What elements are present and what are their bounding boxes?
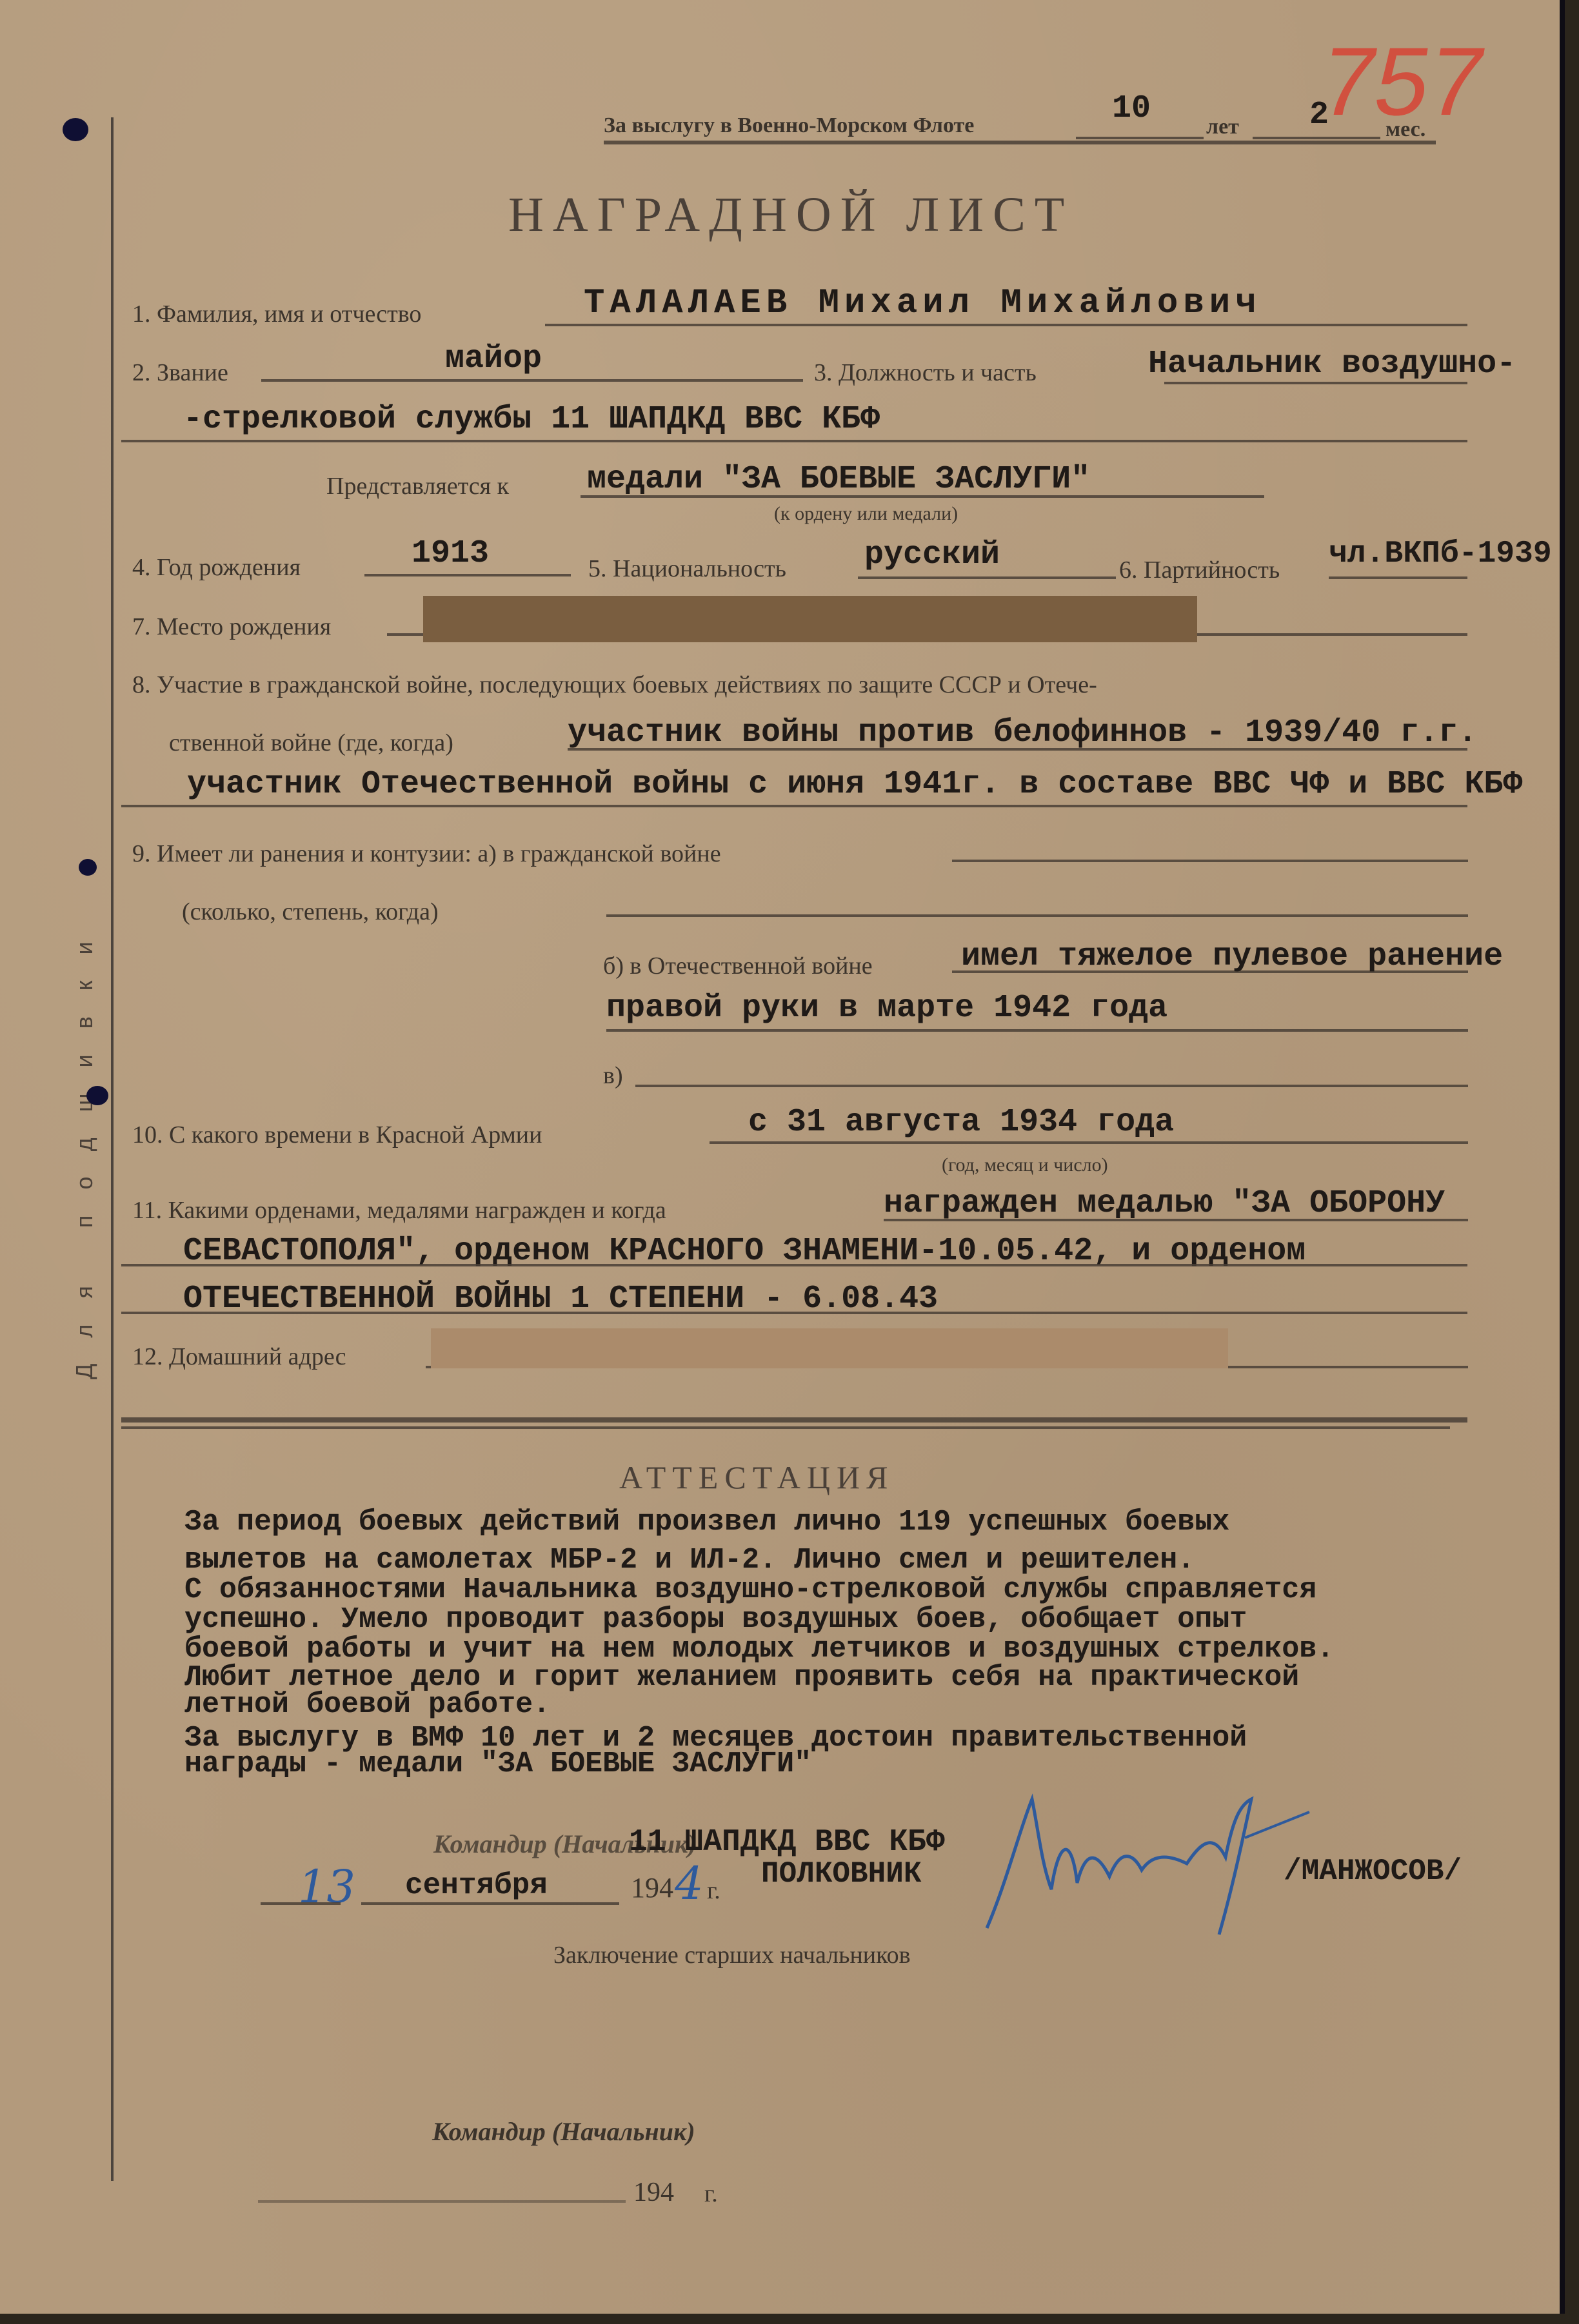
field-9-hint: (сколько, степень, когда): [182, 898, 439, 926]
binding-margin-label: Для подшивки: [71, 890, 110, 1406]
section-divider-thick: [121, 1417, 1467, 1423]
attestation-line: вылетов на самолетах МБР-2 и ИЛ-2. Лично…: [184, 1544, 1195, 1577]
field-6-label: 6. Партийность: [1119, 556, 1280, 584]
redacted-birthplace: [423, 596, 1197, 642]
field-5-value: русский: [864, 537, 1000, 573]
sign-day: 13: [298, 1860, 355, 1913]
month-underline: [361, 1902, 619, 1905]
sign-year-suffix: 4: [675, 1857, 704, 1910]
field-10-underline: [710, 1141, 1468, 1144]
punch-hole-icon: [63, 118, 88, 141]
years-label: лет: [1206, 115, 1239, 139]
commander-rank: ПОЛКОВНИК: [761, 1857, 921, 1891]
field-7-label: 7. Место рождения: [132, 613, 331, 641]
field-3-label: 3. Должность и часть: [814, 359, 1037, 387]
field-6-value: чл.ВКПб-1939: [1329, 537, 1552, 571]
attestation-line: За период боевых действий произвел лично…: [184, 1513, 1229, 1531]
field-4-value: 1913: [412, 535, 489, 572]
sign-month: сентября: [405, 1869, 548, 1902]
field-3-cont-underline: [121, 440, 1467, 442]
field-8-cont-underline: [121, 805, 1467, 807]
senior-conclusion-title: Заключение старших начальников: [553, 1941, 911, 1969]
field-9b-cont-underline: [606, 1029, 1468, 1032]
field-1-label: 1. Фамилия, имя и отчество: [132, 300, 421, 328]
punch-hole-icon: [79, 859, 97, 876]
field-4-label: 4. Год рождения: [132, 553, 301, 582]
field-2-underline: [261, 379, 803, 382]
attestation-line: летной боевой работе.: [184, 1688, 550, 1721]
senior-commander-label: Командир (Начальник): [432, 2116, 695, 2147]
attestation-line: успешно. Умело проводит разборы воздушны…: [184, 1603, 1247, 1636]
field-5-label: 5. Национальность: [588, 555, 786, 583]
sign-year-prefix: 194: [631, 1871, 673, 1904]
field-1-underline: [545, 324, 1467, 326]
field-11-value-1: награжден медалью "ЗА ОБОРОНУ: [884, 1185, 1445, 1222]
senior-date-underline: [258, 2200, 626, 2203]
field-9c-underline: [635, 1085, 1468, 1087]
field-10-value: с 31 августа 1934 года: [748, 1104, 1174, 1141]
attestation-line: награды - медали "ЗА БОЕВЫЕ ЗАСЛУГИ": [184, 1748, 811, 1780]
field-9-hint-underline: [606, 914, 1468, 917]
commander-signature-icon: [980, 1793, 1393, 1947]
field-11-cont2-underline: [121, 1312, 1467, 1314]
field-3-value: Начальник воздушно-: [1148, 346, 1516, 382]
field-10-label: 10. С какого времени в Красной Армии: [132, 1121, 542, 1149]
attestation-title: АТТЕСТАЦИЯ: [619, 1459, 894, 1496]
field-9b-value-2: правой руки в марте 1942 года: [606, 990, 1167, 1027]
field-8-label-cont: ственной войне (где, когда): [169, 729, 453, 757]
sign-year-unit: г.: [707, 1876, 720, 1905]
field-6-underline: [1329, 576, 1467, 579]
field-4-underline: [364, 574, 571, 576]
field-10-hint: (год, месяц и число): [942, 1154, 1108, 1176]
field-8-value-2: участник Отечественной войны с июня 1941…: [187, 766, 1522, 803]
day-underline: [261, 1902, 341, 1905]
field-8-value-1: участник войны против белофиннов - 1939/…: [568, 714, 1477, 751]
archive-number: 757: [1313, 26, 1494, 137]
attestation-line: С обязанностями Начальника воздушно-стре…: [184, 1573, 1316, 1606]
field-9b-value-1: имел тяжелое пулевое ранение: [961, 938, 1503, 975]
service-length-label: За выслугу в Военно-Морском Флоте: [604, 113, 974, 138]
field-12-label: 12. Домашний адрес: [132, 1343, 346, 1371]
senior-year-unit: г.: [704, 2180, 718, 2208]
section-divider-thin: [121, 1426, 1450, 1429]
field-8-label: 8. Участие в гражданской войне, последую…: [132, 671, 1097, 699]
field-2-value: майор: [445, 340, 542, 377]
nomination-label: Представляется к: [326, 472, 509, 500]
commander-unit: 11 ШАПДКД ВВС КБФ: [629, 1825, 945, 1860]
field-9c-label: в): [603, 1061, 623, 1090]
field-2-label: 2. Звание: [132, 359, 228, 387]
header-underline: [604, 141, 1436, 144]
service-years-value: 10: [1112, 90, 1151, 127]
binding-margin-line: [111, 117, 114, 2181]
award-sheet-page: Для подшивки За выслугу в Военно-Морском…: [0, 0, 1565, 2314]
field-11-label: 11. Какими орденами, медалями награжден …: [132, 1196, 666, 1225]
page-title: НАГРАДНОЙ ЛИСТ: [508, 187, 1073, 243]
senior-year-prefix: 194: [633, 2177, 674, 2208]
field-3-value-cont: -стрелковой службы 11 ШАПДКД ВВС КБФ: [183, 401, 880, 438]
field-9-label: 9. Имеет ли ранения и контузии: а) в гра…: [132, 840, 721, 868]
field-9a-underline: [952, 860, 1468, 862]
years-underline: [1076, 137, 1204, 139]
field-5-underline: [858, 576, 1116, 579]
field-9b-label: б) в Отечественной войне: [603, 952, 873, 980]
field-1-value: ТАЛАЛАЕВ Михаил Михайлович: [584, 284, 1262, 323]
nomination-value: медали "ЗА БОЕВЫЕ ЗАСЛУГИ": [587, 461, 1090, 498]
nomination-hint: (к ордену или медали): [774, 503, 958, 525]
field-11-cont-underline: [121, 1264, 1467, 1266]
redacted-home-address: [431, 1328, 1228, 1368]
punch-hole-icon: [86, 1086, 108, 1105]
